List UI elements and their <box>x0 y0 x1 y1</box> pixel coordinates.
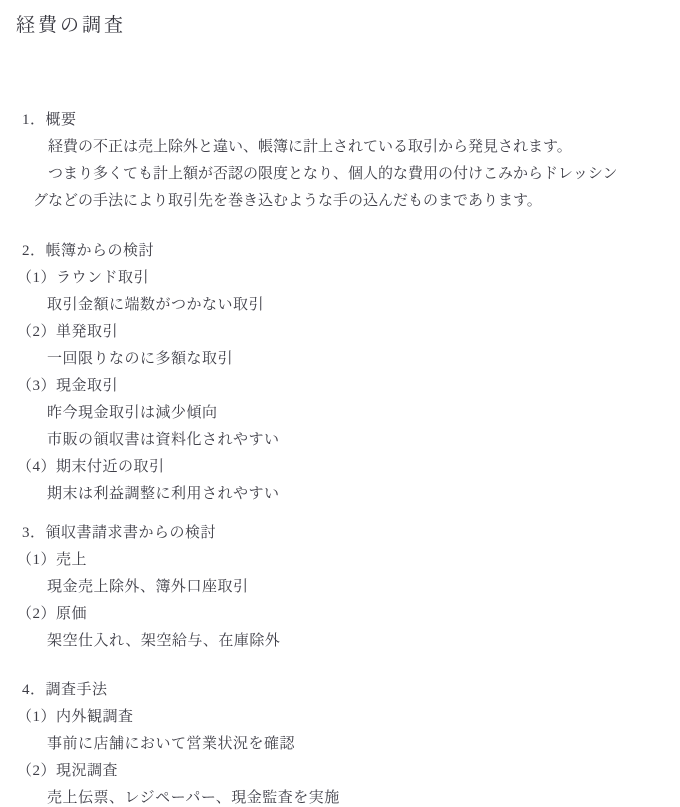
list-item: （1）ラウンド取引 <box>16 265 664 292</box>
section-investigation-methods: 4．調査手法 （1）内外観調査 事前に店舗において営業状況を確認 （2）現況調査… <box>16 677 664 807</box>
document-page: 経費の調査 1．概要 経費の不正は売上除外と違い、帳簿に計上されている取引から発… <box>0 0 680 807</box>
list-item: （4）期末付近の取引 <box>16 454 664 481</box>
section-ledger-review: 2．帳簿からの検討 （1）ラウンド取引 取引金額に端数がつかない取引 （2）単発… <box>16 238 664 508</box>
section-overview: 1．概要 経費の不正は売上除外と違い、帳簿に計上されている取引から発見されます。… <box>16 107 664 215</box>
list-detail: 期末は利益調整に利用されやすい <box>16 481 664 508</box>
paragraph: つまり多くても計上額が否認の限度となり、個人的な費用の付けこみからドレッシングな… <box>16 161 631 215</box>
list-item: （3）現金取引 <box>16 373 664 400</box>
list-detail: 架空仕入れ、架空給与、在庫除外 <box>16 628 664 655</box>
document-title: 経費の調査 <box>16 12 664 39</box>
list-item: （1）内外観調査 <box>16 704 664 731</box>
list-item: （2）原価 <box>16 601 664 628</box>
section-heading: 2．帳簿からの検討 <box>16 238 664 265</box>
list-detail: 一回限りなのに多額な取引 <box>16 346 664 373</box>
list-item: （2）単発取引 <box>16 319 664 346</box>
list-detail: 取引金額に端数がつかない取引 <box>16 292 664 319</box>
list-detail: 売上伝票、レジペーパー、現金監査を実施 <box>16 785 664 807</box>
list-detail: 昨今現金取引は減少傾向 <box>16 400 664 427</box>
list-detail: 市販の領収書は資料化されやすい <box>16 427 664 454</box>
section-receipt-invoice-review: 3．領収書請求書からの検討 （1）売上 現金売上除外、簿外口座取引 （2）原価 … <box>16 520 664 655</box>
list-detail: 現金売上除外、簿外口座取引 <box>16 574 664 601</box>
paragraph: 経費の不正は売上除外と違い、帳簿に計上されている取引から発見されます。 <box>16 134 631 161</box>
list-item: （2）現況調査 <box>16 758 664 785</box>
list-item: （1）売上 <box>16 547 664 574</box>
section-heading: 3．領収書請求書からの検討 <box>16 520 664 547</box>
list-detail: 事前に店舗において営業状況を確認 <box>16 731 664 758</box>
section-heading: 1．概要 <box>16 107 664 134</box>
section-heading: 4．調査手法 <box>16 677 664 704</box>
